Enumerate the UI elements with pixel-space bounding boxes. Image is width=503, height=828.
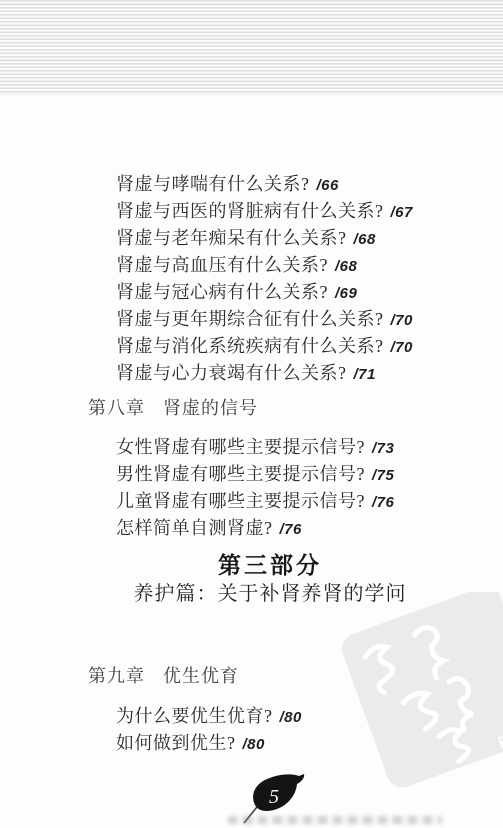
chapter-8-label: 第八章: [88, 398, 145, 418]
toc-entry-page: /80: [280, 709, 302, 726]
toc-entry-text: 怎样简单自测肾虚?: [116, 518, 273, 538]
chapter-8-heading: 第八章肾虚的信号: [88, 394, 258, 420]
toc-entry: 怎样简单自测肾虚?/76: [116, 515, 394, 542]
toc-entry-text: 肾虚与哮喘有什么关系?: [116, 174, 310, 194]
toc-entry-page: /76: [280, 521, 302, 538]
page-number: 5: [269, 786, 279, 808]
toc-group-chapter8-items: 女性肾虚有哪些主要提示信号?/73 男性肾虚有哪些主要提示信号?/75 儿童肾虚…: [116, 434, 394, 542]
toc-entry-page: /73: [372, 440, 394, 457]
part-3-heading-block: 第三部分 养护篇：关于补肾养肾的学问: [40, 551, 500, 608]
toc-entry-text: 肾虚与心力衰竭有什么关系?: [116, 363, 347, 383]
toc-entry: 肾虚与心力衰竭有什么关系?/71: [116, 360, 413, 387]
toc-entry: 肾虚与高血压有什么关系?/68: [116, 252, 413, 279]
toc-group-chapter9-items: 为什么要优生优育?/80 如何做到优生?/80: [116, 703, 302, 757]
toc-entry-text: 肾虚与高血压有什么关系?: [116, 255, 328, 275]
toc-entry-text: 女性肾虚有哪些主要提示信号?: [116, 437, 365, 457]
toc-entry: 如何做到优生?/80: [116, 730, 302, 757]
toc-entry: 肾虚与更年期综合征有什么关系?/70: [116, 306, 413, 333]
toc-entry-text: 为什么要优生优育?: [116, 706, 273, 726]
chapter-9-heading: 第九章优生优育: [88, 662, 239, 688]
chapter-9-title: 优生优育: [163, 666, 239, 686]
publisher-watermark-stamp: PDG: [340, 592, 503, 807]
toc-entry-page: /75: [372, 467, 394, 484]
toc-entry-text: 肾虚与西医的肾脏病有什么关系?: [116, 201, 384, 221]
toc-entry-page: /70: [391, 339, 413, 356]
toc-entry-text: 肾虚与老年痴呆有什么关系?: [116, 228, 347, 248]
toc-entry-text: 肾虚与冠心病有什么关系?: [116, 282, 328, 302]
part-3-title: 第三部分: [40, 551, 500, 580]
chapter-9-label: 第九章: [88, 666, 145, 686]
toc-entry: 肾虚与哮喘有什么关系?/66: [116, 171, 413, 198]
toc-entry: 男性肾虚有哪些主要提示信号?/75: [116, 461, 394, 488]
toc-entry: 肾虚与冠心病有什么关系?/69: [116, 279, 413, 306]
toc-entry: 肾虚与老年痴呆有什么关系?/68: [116, 225, 413, 252]
toc-entry-text: 儿童肾虚有哪些主要提示信号?: [116, 491, 365, 511]
toc-entry-text: 男性肾虚有哪些主要提示信号?: [116, 464, 365, 484]
toc-entry-page: /68: [354, 231, 376, 248]
toc-entry: 女性肾虚有哪些主要提示信号?/73: [116, 434, 394, 461]
chapter-8-title: 肾虚的信号: [163, 398, 258, 418]
toc-entry: 儿童肾虚有哪些主要提示信号?/76: [116, 488, 394, 515]
toc-entry-text: 肾虚与消化系统疾病有什么关系?: [116, 336, 384, 356]
toc-entry-page: /80: [243, 736, 265, 753]
toc-group-chapter7-items: 肾虚与哮喘有什么关系?/66 肾虚与西医的肾脏病有什么关系?/67 肾虚与老年痴…: [116, 171, 413, 387]
toc-entry: 肾虚与消化系统疾病有什么关系?/70: [116, 333, 413, 360]
book-toc-page: PDG 肾虚与哮喘有什么关系?/66 肾虚与西医的肾脏病有什么关系?/67 肾虚…: [0, 0, 503, 828]
toc-entry-page: /76: [372, 494, 394, 511]
toc-entry-page: /67: [391, 204, 413, 221]
toc-entry-text: 如何做到优生?: [116, 733, 236, 753]
toc-entry-page: /66: [317, 177, 339, 194]
toc-entry-page: /68: [335, 258, 357, 275]
bleed-through-text: [228, 816, 442, 824]
scan-stripe-band: [0, 0, 503, 95]
toc-entry: 肾虚与西医的肾脏病有什么关系?/67: [116, 198, 413, 225]
toc-entry: 为什么要优生优育?/80: [116, 703, 302, 730]
toc-entry-text: 肾虚与更年期综合征有什么关系?: [116, 309, 384, 329]
toc-entry-page: /70: [391, 312, 413, 329]
toc-entry-page: /71: [354, 366, 376, 383]
part-3-subtitle: 养护篇：关于补肾养肾的学问: [40, 580, 500, 608]
toc-entry-page: /69: [335, 285, 357, 302]
